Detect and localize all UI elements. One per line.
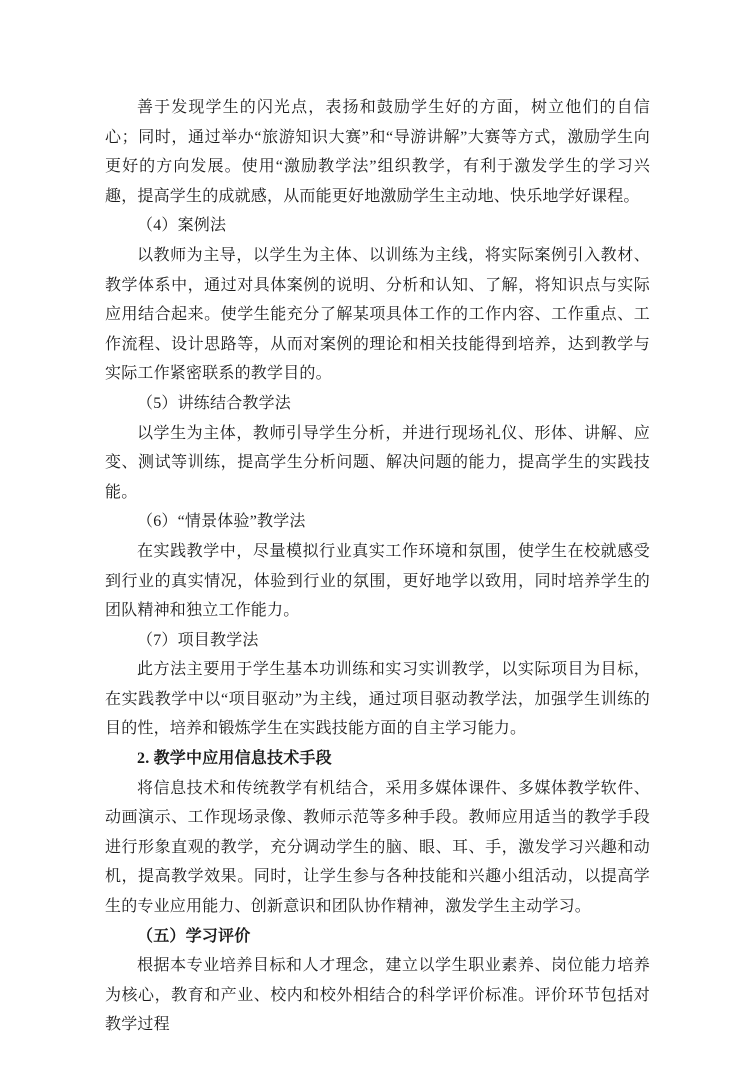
paragraph-information-technology: 将信息技术和传统教学有机结合，采用多媒体课件、多媒体教学软件、动画演示、工作现场…: [105, 774, 650, 922]
section-heading-information-technology: 2. 教学中应用信息技术手段: [105, 744, 650, 774]
paragraph-lecture-practice-method: 以学生为主体，教师引导学生分析，并进行现场礼仪、形体、讲解、应变、测试等训练，提…: [105, 419, 650, 508]
list-heading-project-method: （7）项目教学法: [105, 626, 650, 656]
paragraph-project-method: 此方法主要用于学生基本功训练和实习实训教学，以实际项目为目标，在实践教学中以“项…: [105, 655, 650, 744]
paragraph-motivation-method: 善于发现学生的闪光点，表扬和鼓励学生好的方面，树立他们的自信心；同时，通过举办“…: [105, 93, 650, 211]
list-heading-case-method: （4）案例法: [105, 211, 650, 241]
document-page: 善于发现学生的闪光点，表扬和鼓励学生好的方面，树立他们的自信心；同时，通过举办“…: [0, 0, 756, 1076]
paragraph-learning-evaluation: 根据本专业培养目标和人才理念，建立以学生职业素养、岗位能力培养为核心，教育和产业…: [105, 951, 650, 1040]
list-heading-scenario-experience-method: （6）“情景体验”教学法: [105, 507, 650, 537]
paragraph-case-method: 以教师为主导，以学生为主体、以训练为主线，将实际案例引入教材、教学体系中，通过对…: [105, 241, 650, 389]
list-heading-lecture-practice-method: （5）讲练结合教学法: [105, 389, 650, 419]
paragraph-scenario-experience-method: 在实践教学中，尽量模拟行业真实工作环境和氛围，使学生在校就感受到行业的真实情况，…: [105, 537, 650, 626]
section-heading-learning-evaluation: （五）学习评价: [105, 922, 650, 952]
